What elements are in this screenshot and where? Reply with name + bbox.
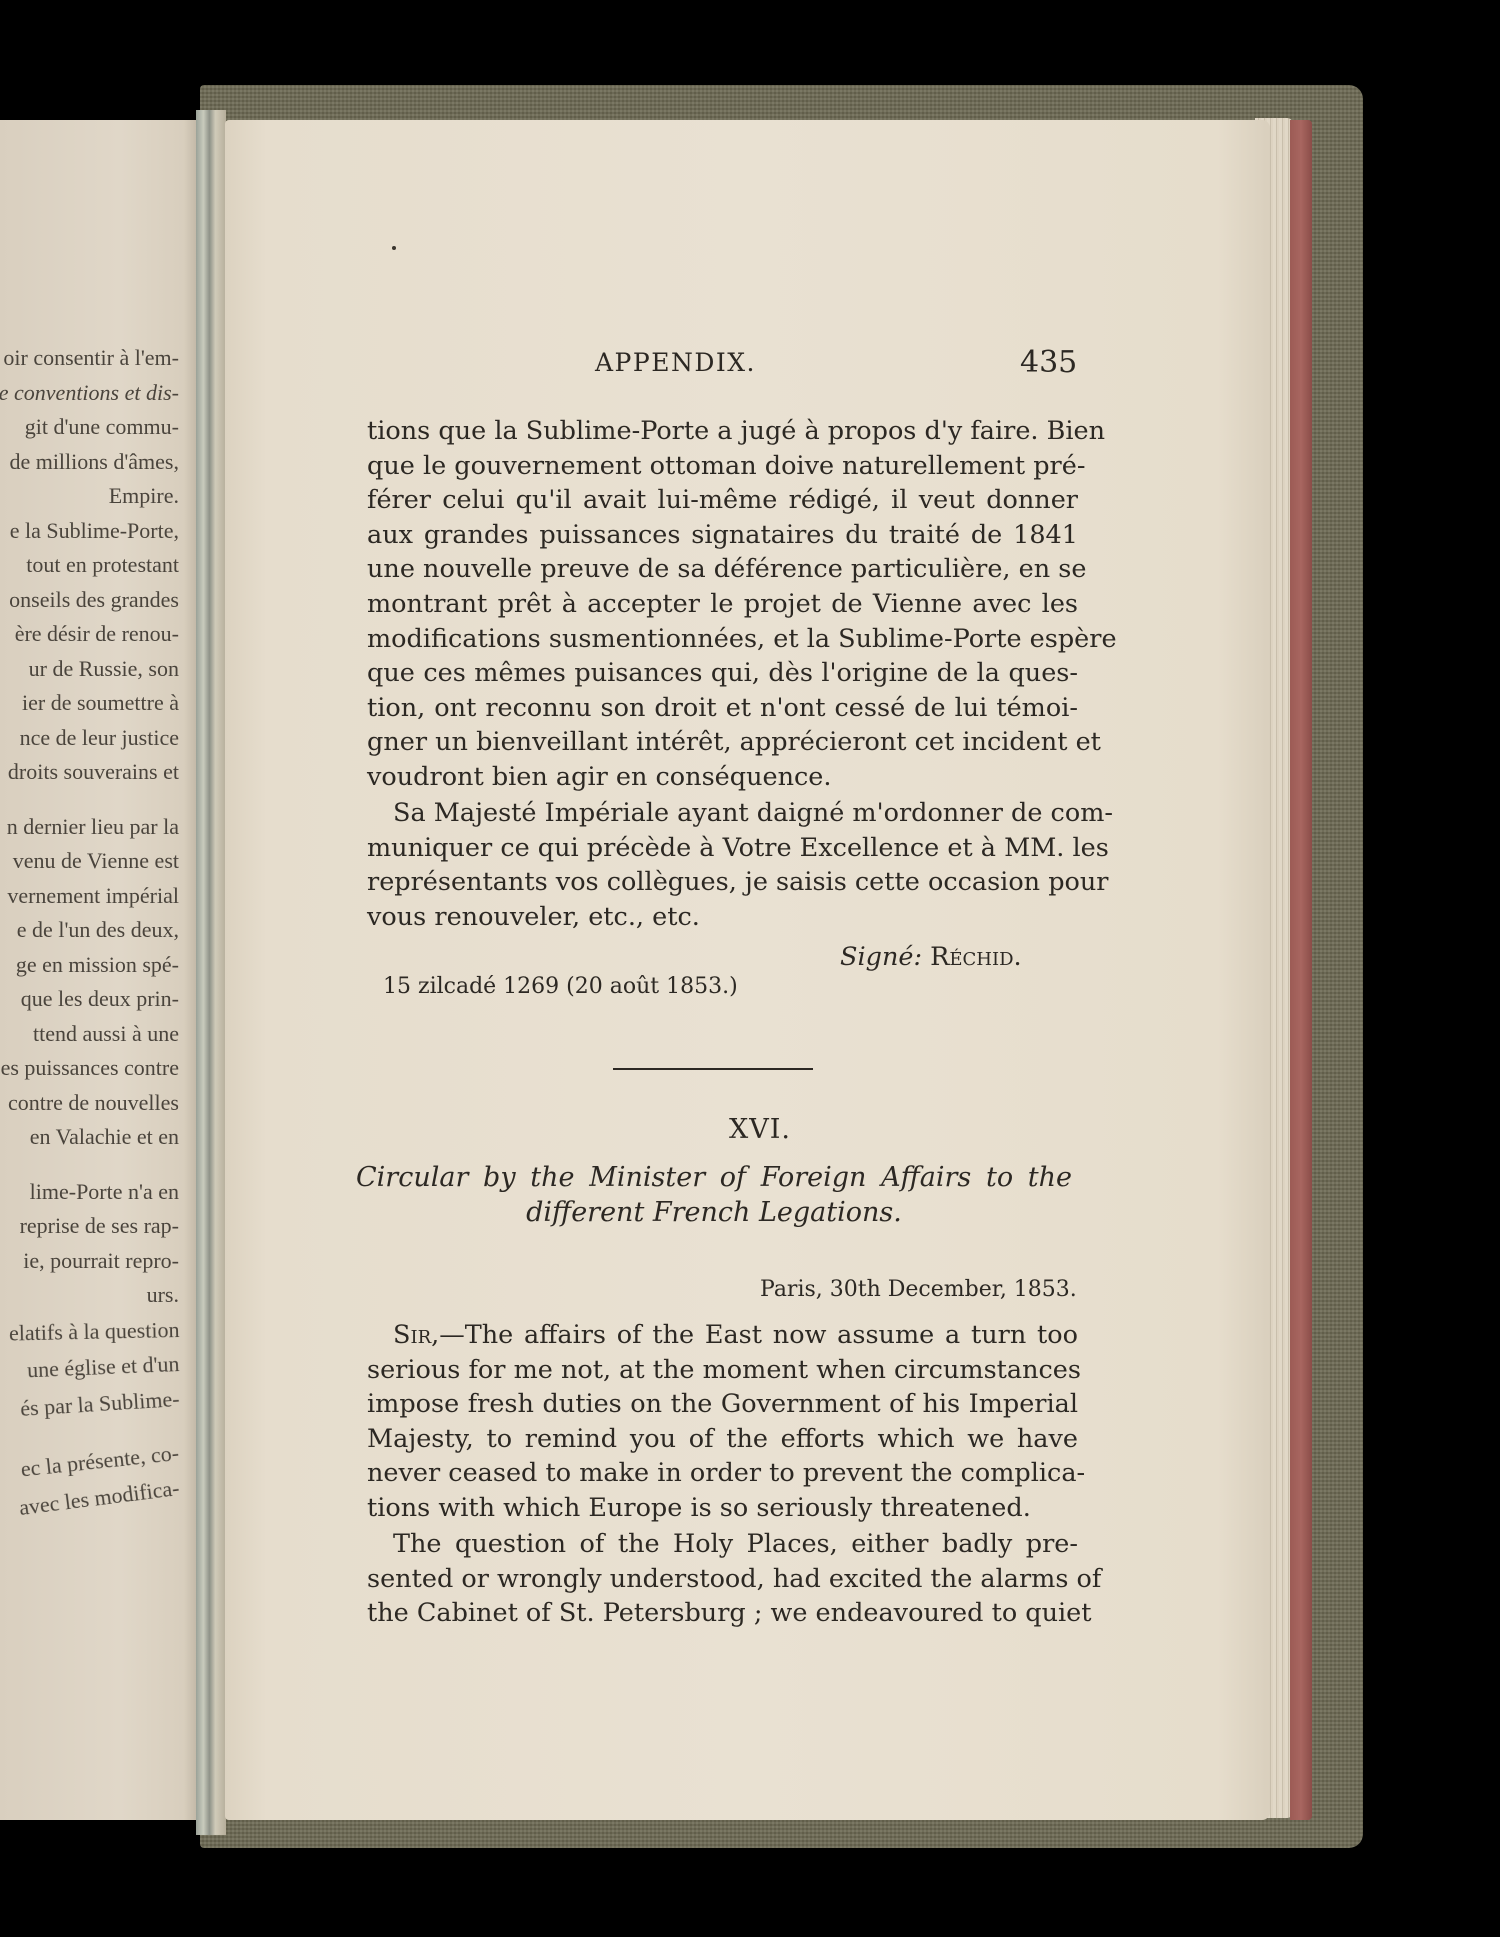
facing-page-line: urs. [147,1282,179,1308]
signature-name: Réchid. [930,942,1021,972]
facing-page-line: Empire. [109,483,179,509]
facing-page-line: venu de Vienne est [13,848,179,874]
letter-paragraph-1: Sir,—The affairs of the East now assume … [367,1318,1078,1526]
text-line-rest: —The affairs of the East now assume a tu… [439,1320,1078,1350]
facing-page-line: de millions d'âmes, [9,449,179,475]
text-line: Sa Majesté Impériale ayant daigné m'ordo… [367,796,1078,831]
text-line: représentants vos collègues, je saisis c… [367,865,1078,900]
text-line: une nouvelle preuve de sa déférence part… [367,552,1078,587]
facing-page-line: ttend aussi à une [33,1021,179,1047]
document-date: 15 zilcadé 1269 (20 août 1853.) [383,974,738,999]
section-number: XVI. [0,1114,1500,1145]
facing-page-line: ier de soumettre à [22,690,179,716]
text-line: que ces mêmes puisances qui, dès l'origi… [367,656,1078,691]
facing-page-line: que les deux prin- [21,986,179,1012]
text-line: montrant prêt à accepter le projet de Vi… [367,587,1078,622]
section-title-line: different French Legations. [356,1195,1072,1230]
text-line: modifications susmentionnées, et la Subl… [367,622,1078,657]
facing-page-line: és par la Sublime- [19,1386,180,1422]
facing-page-line: onseils des grandes [9,587,179,613]
letter-paragraph-2: The question of the Holy Places, either … [367,1527,1078,1631]
facing-page-line: nce de leur justice [20,725,179,751]
facing-page-line: oir consentir à l'em- [3,345,179,371]
text-line: voudront bien agir en conséquence. [367,760,1078,795]
section-title: Circular by the Minister of Foreign Affa… [356,1160,1072,1230]
salutation: Sir, [393,1320,439,1350]
facing-page-line: n dernier lieu par la [7,814,179,840]
text-line: aux grandes puissances signataires du tr… [367,518,1078,553]
facing-page-line: ec la présente, co- [20,1440,181,1482]
facing-page-line: une église et d'un [26,1351,179,1383]
text-line: tions with which Europe is so seriously … [367,1491,1078,1526]
running-title: APPENDIX. [595,348,756,377]
text-line: never ceased to make in order to prevent… [367,1456,1078,1491]
facing-page-line: ur de Russie, son [29,656,179,682]
paragraph-continuation: tions que la Sublime-Porte a jugé à prop… [367,414,1078,795]
book-gutter [196,110,226,1835]
facing-page-line: contre de nouvelles [8,1090,179,1116]
facing-page-line: ge en mission spé- [16,952,179,978]
text-line: muniquer ce qui précède à Votre Excellen… [367,831,1078,866]
signature-label: Signé: [840,942,922,972]
letter-dateline: Paris, 30th December, 1853. [760,1277,1077,1302]
text-line: tion, ont reconnu son droit et n'ont ces… [367,691,1078,726]
facing-page-line: reprise de ses rap- [20,1213,179,1239]
facing-page-line: e la Sublime-Porte, [10,518,179,544]
text-line: Majesty, to remind you of the efforts wh… [367,1422,1078,1457]
facing-page-line: ie, pourrait repro- [23,1248,179,1274]
signature: Signé: Réchid. [840,942,1022,972]
facing-page-line: droits souverains et [8,759,179,785]
text-line: impose fresh duties on the Government of… [367,1387,1078,1422]
text-line: vous renouveler, etc., etc. [367,900,1078,935]
page-number: 435 [1020,345,1077,380]
facing-page-line: git d'une commu- [25,414,179,440]
text-line: the Cabinet of St. Petersburg ; we endea… [367,1596,1078,1631]
text-line: The question of the Holy Places, either … [367,1527,1078,1562]
section-divider [613,1068,813,1070]
facing-page-line: e de l'un des deux, [17,917,179,943]
text-line: sented or wrongly understood, had excite… [367,1562,1078,1597]
facing-page-line: lime-Porte n'a en [30,1179,179,1205]
facing-page-line: tout en protestant [26,552,179,578]
facing-page-line: ère désir de renou- [15,621,179,647]
section-title-line: Circular by the Minister of Foreign Affa… [356,1160,1072,1195]
facing-page-line: es puissances contre [1,1055,179,1081]
text-line: tions que la Sublime-Porte a jugé à prop… [367,414,1078,449]
paragraph-closing: Sa Majesté Impériale ayant daigné m'ordo… [367,796,1078,934]
facing-page-line: vernement impérial [7,883,179,909]
facing-page-line: avec les modifica- [17,1475,180,1521]
red-page-edge [1290,120,1312,1820]
text-line: gner un bienveillant intérêt, appréciero… [367,725,1078,760]
text-line: Sir,—The affairs of the East now assume … [367,1318,1078,1353]
facing-page-line: e conventions et dis- [0,380,179,406]
facing-page-line: elatifs à la question [8,1317,179,1347]
text-line: que le gouvernement ottoman doive nature… [367,449,1078,484]
facing-left-page: oir consentir à l'em-e conventions et di… [0,120,200,1820]
paper-speck [392,246,396,250]
text-line: férer celui qu'il avait lui-même rédigé,… [367,483,1078,518]
text-line: serious for me not, at the moment when c… [367,1353,1078,1388]
